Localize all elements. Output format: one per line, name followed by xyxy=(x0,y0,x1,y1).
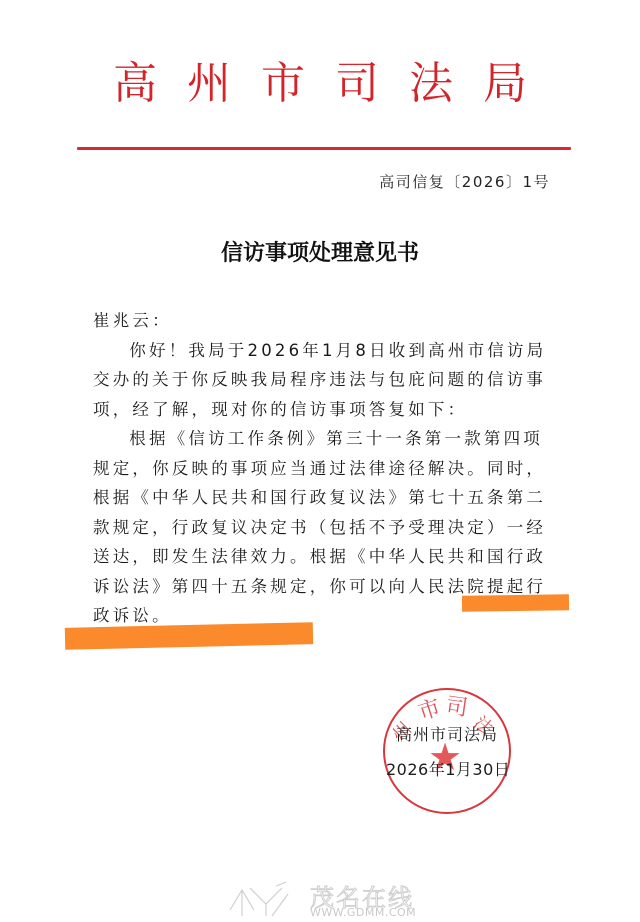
watermark-url: WWW.GDMM.COM xyxy=(310,906,416,919)
signature-date: 2026年1月30日 xyxy=(386,757,510,780)
redaction-bar xyxy=(462,594,569,611)
seal-ring-char: 司 xyxy=(444,689,470,723)
redaction-bar xyxy=(65,622,313,650)
letterhead-title: 高州市司法局 xyxy=(0,62,640,106)
watermark: 茂名在线 WWW.GDMM.COM xyxy=(228,880,428,920)
document-title: 信访事项处理意见书 xyxy=(0,236,640,267)
body-paragraph-1: 你好！我局于2026年1月8日收到高州市信访局交办的关于你反映我局程序违法与包庇… xyxy=(93,336,553,425)
document-number: 高司信复〔2026〕1号 xyxy=(379,171,550,192)
letterhead-red-rule xyxy=(77,147,571,150)
document-body: 崔兆云： 你好！我局于2026年1月8日收到高州市信访局交办的关于你反映我局程序… xyxy=(93,306,553,631)
watermark-logo-icon xyxy=(228,880,292,918)
signature-organization: 高州市司法局 xyxy=(396,722,498,745)
salutation: 崔兆云： xyxy=(93,306,553,336)
